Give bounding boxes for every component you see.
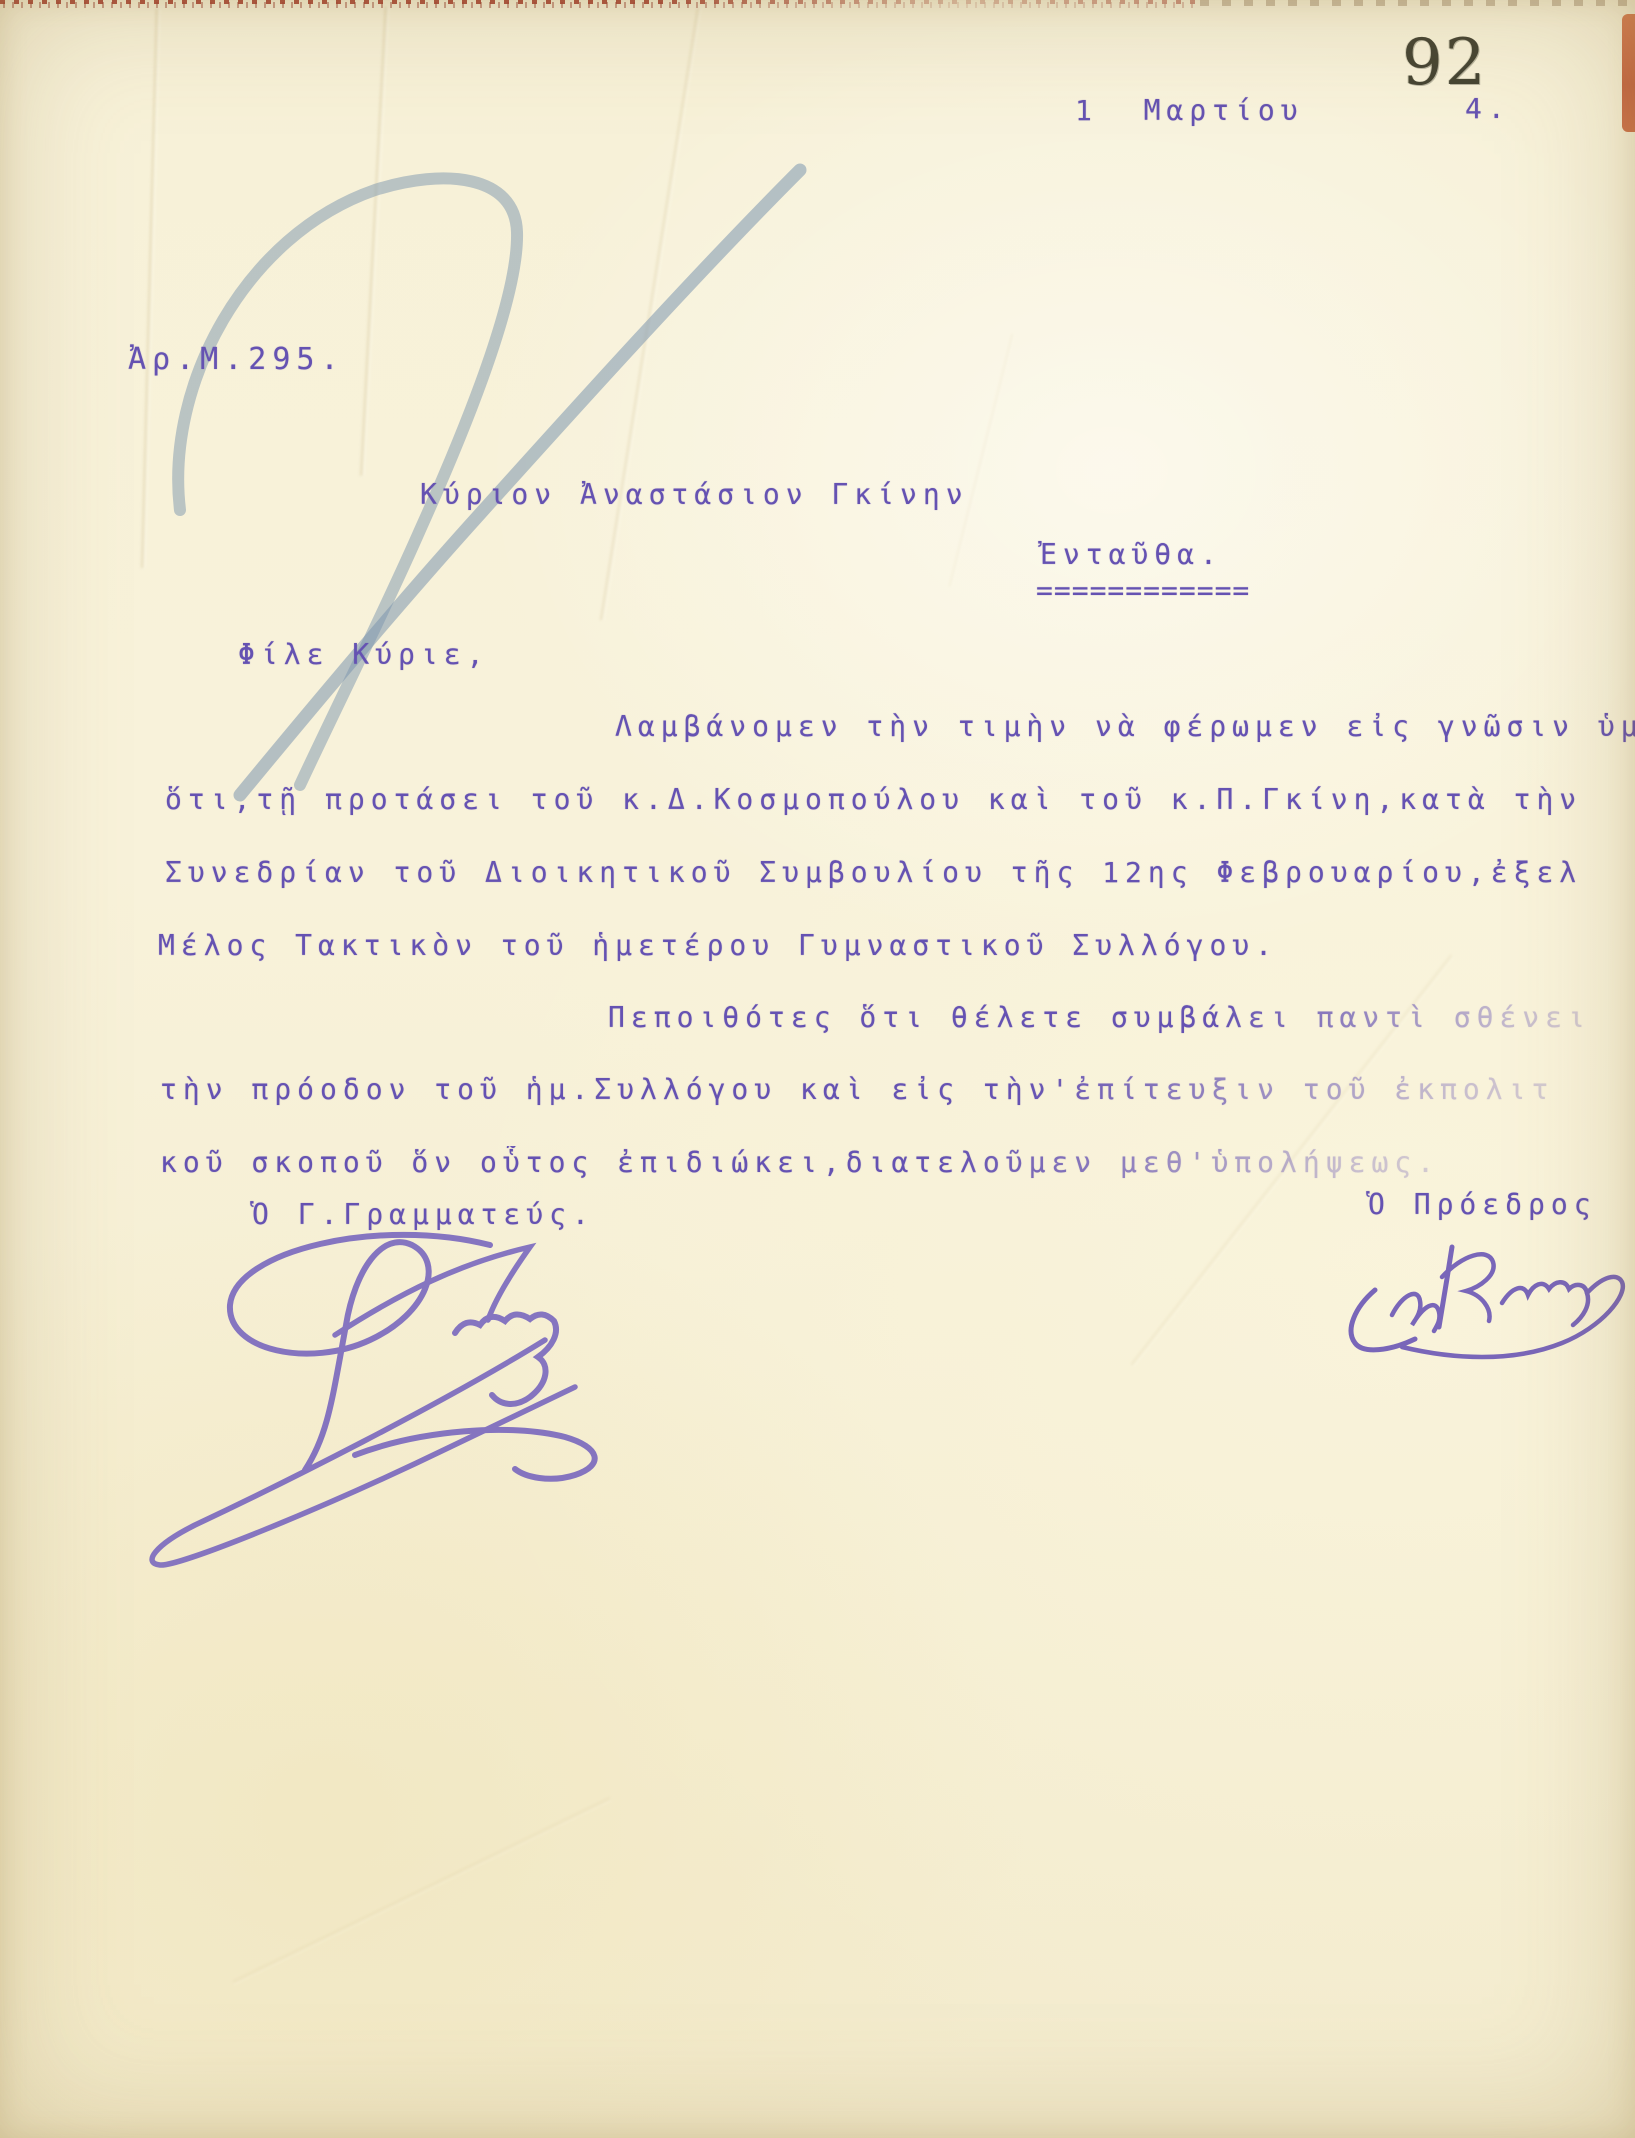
body-line: Μέλος Τακτικὸν τοῦ ἡμετέρου Γυμναστικοῦ … (158, 929, 1278, 962)
binding-edge-marks (0, 0, 1200, 8)
president-title: Ὁ Πρόεδρος (1368, 1188, 1597, 1221)
body-line: Λαμβάνομεν τὴν τιμὴν νὰ φέρωμεν εἰς γνῶσ… (615, 710, 1635, 743)
date-line: 1 Μαρτίου (1075, 94, 1304, 127)
place-underline: ============ (1036, 574, 1250, 607)
salutation: Φίλε Κύριε, (238, 638, 489, 671)
secretary-title: Ὁ Γ.Γραμματεύς. (252, 1198, 595, 1231)
paper-crease (141, 8, 159, 568)
paper-crease (232, 1797, 611, 1984)
date-column-number: 4. (1465, 92, 1511, 125)
paper-crease (600, 8, 700, 621)
scanned-letter-page: 92 1 Μαρτίου 4. Ἀρ.Μ.295. Κύριον Ἀναστάσ… (0, 0, 1635, 2138)
binding-edge-marks-right (1200, 0, 1635, 6)
body-line: ὅτι,τῇ προτάσει τοῦ κ.Δ.Κοσμοπούλου καὶ … (165, 783, 1582, 816)
paper-crease (949, 334, 1014, 587)
recipient-line: Κύριον Ἀναστάσιον Γκίνην (420, 478, 969, 511)
scan-vignette (0, 0, 1635, 2138)
president-signature (1330, 1215, 1635, 1375)
body-line: τὴν πρόοδον τοῦ ἡμ.Συλλόγου καὶ εἰς τὴν'… (160, 1073, 1554, 1106)
paper-crease (360, 6, 388, 476)
body-line: Πεποιθότες ὅτι θέλετε συμβάλει παντὶ σθέ… (608, 1001, 1591, 1034)
secretary-signature (60, 1225, 710, 1605)
body-line: Συνεδρίαν τοῦ Διοικητικοῦ Συμβουλίου τῆς… (165, 856, 1582, 889)
body-line: κοῦ σκοποῦ ὅν οὗτος ἐπιδιώκει,διατελοῦμε… (160, 1146, 1440, 1179)
reference-number: Ἀρ.Μ.295. (128, 342, 345, 377)
place-line: Ἐνταῦθα. (1040, 538, 1223, 571)
adjacent-page-edge (1622, 14, 1635, 132)
page-number-stamp: 92 (1402, 26, 1487, 100)
